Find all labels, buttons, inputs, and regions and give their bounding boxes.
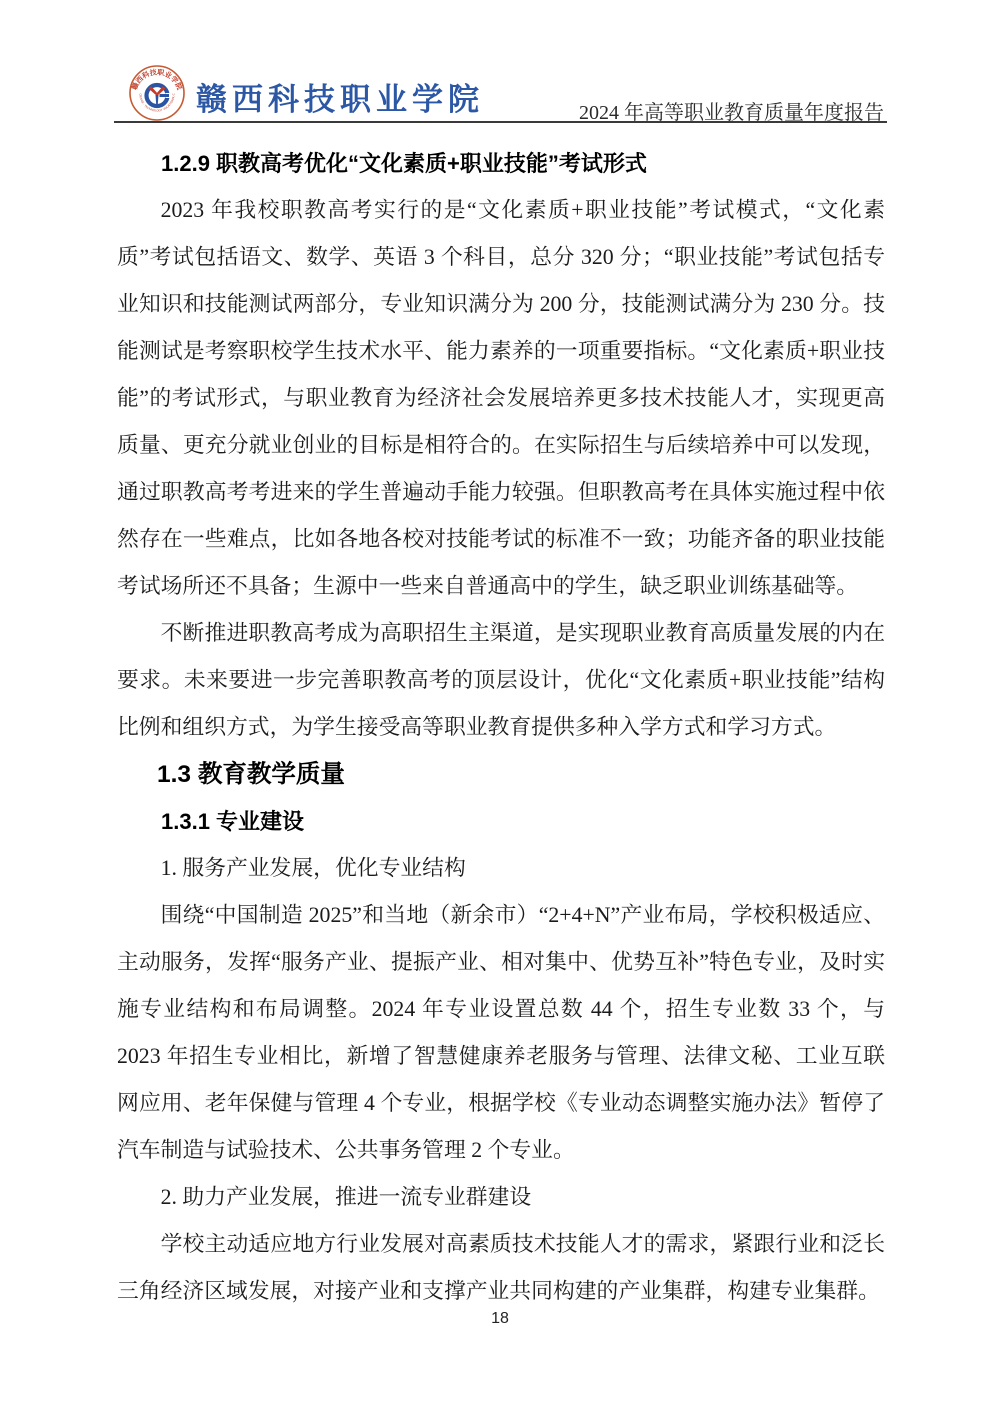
heading-1-2-9: 1.2.9 职教高考优化“文化素质+职业技能”考试形式 [117, 140, 885, 187]
list-item-1: 1. 服务产业发展，优化专业结构 [117, 845, 885, 892]
school-name: 赣西科技职业学院 [196, 74, 484, 119]
document-page: 赣西科技职业学院 GANXI SCIENCE · TECHNOLOGY VOCA… [0, 0, 1000, 1411]
heading-1-3: 1.3 教育教学质量 [117, 751, 885, 798]
page-number: 18 [491, 1310, 509, 1327]
page-footer: 18 [0, 1310, 1000, 1328]
school-logo: 赣西科技职业学院 GANXI SCIENCE · TECHNOLOGY VOCA… [128, 64, 186, 122]
page-header: 赣西科技职业学院 GANXI SCIENCE · TECHNOLOGY VOCA… [0, 0, 1000, 129]
paragraph-cluster: 学校主动适应地方行业发展对高素质技术技能人才的需求，紧跟行业和泛长三角经济区域发… [117, 1221, 885, 1315]
list-item-2: 2. 助力产业发展，推进一流专业群建设 [117, 1174, 885, 1221]
paragraph-specialty-adjust: 围绕“中国制造 2025”和当地（新余市）“2+4+N”产业布局，学校积极适应、… [117, 892, 885, 1174]
paragraph-exam-future: 不断推进职教高考成为高职招生主渠道，是实现职业教育高质量发展的内在要求。未来要进… [117, 610, 885, 751]
paragraph-exam-mode: 2023 年我校职教高考实行的是“文化素质+职业技能”考试模式，“文化素质”考试… [117, 187, 885, 610]
document-body: 1.2.9 职教高考优化“文化素质+职业技能”考试形式 2023 年我校职教高考… [117, 129, 885, 1315]
heading-1-3-1: 1.3.1 专业建设 [117, 798, 885, 845]
school-seal-icon: 赣西科技职业学院 GANXI SCIENCE · TECHNOLOGY VOCA… [128, 64, 186, 122]
header-divider [114, 121, 887, 123]
